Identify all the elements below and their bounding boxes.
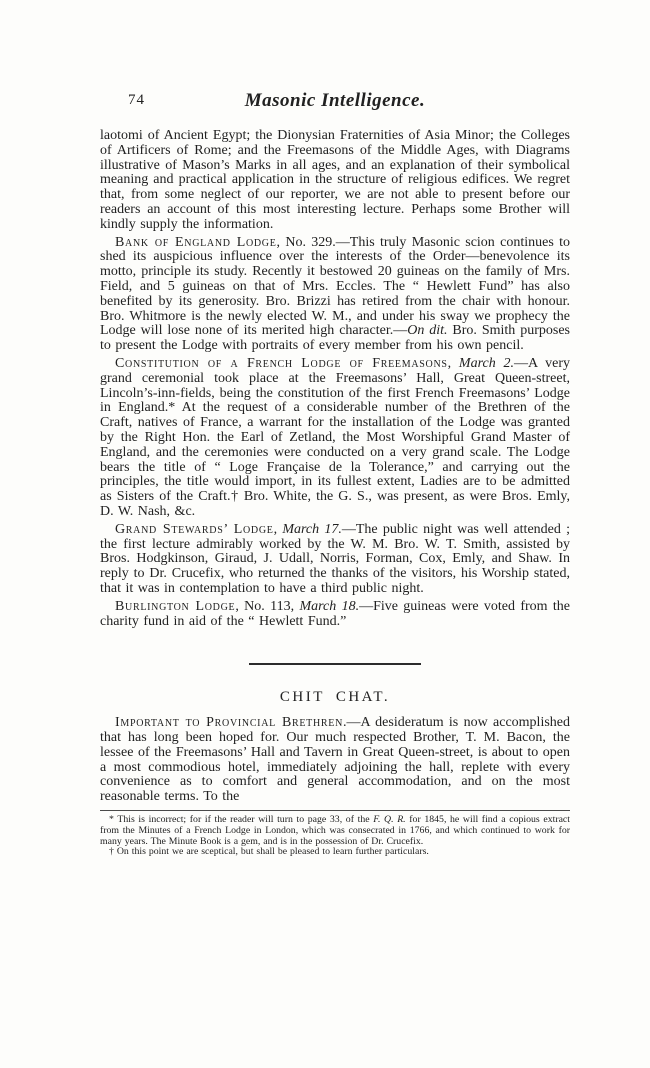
paragraph-french-lodge-constitution: Constitution of a French Lodge of Freema… bbox=[100, 357, 570, 520]
paragraph-burlington-lodge: Burlington Lodge, No. 113, March 18.—Fiv… bbox=[100, 600, 570, 630]
text-segment: * This is incorrect; for if the reader w… bbox=[109, 814, 373, 825]
paragraph-provincial-brethren: Important to Provincial Brethren.—A desi… bbox=[100, 716, 570, 805]
text-segment: laotomi of Ancient Egypt; the Dionysian … bbox=[100, 128, 570, 232]
text-segment: On dit. bbox=[407, 323, 447, 338]
footnote-rule bbox=[100, 810, 570, 811]
text-segment: March 2. bbox=[459, 356, 514, 371]
paragraph-bank-of-england-lodge: Bank of England Lodge, No. 329.—This tru… bbox=[100, 236, 570, 354]
text-segment: , No. 113, bbox=[235, 599, 299, 614]
page-body: laotomi of Ancient Egypt; the Dionysian … bbox=[100, 129, 570, 858]
running-header: 74 Masonic Intelligence. bbox=[100, 90, 570, 114]
chit-chat-heading: CHIT CHAT. bbox=[100, 689, 570, 706]
text-segment: Burlington Lodge bbox=[115, 599, 235, 614]
footnote-dagger: † On this point we are sceptical, but sh… bbox=[100, 847, 570, 858]
running-title: Masonic Intelligence. bbox=[100, 90, 570, 112]
paragraph-lecture-continuation: laotomi of Ancient Egypt; the Dionysian … bbox=[100, 129, 570, 233]
page-number: 74 bbox=[128, 92, 145, 109]
section-divider-rule bbox=[249, 663, 421, 665]
text-segment: March 17. bbox=[282, 522, 342, 537]
text-segment: Important to Provincial Brethren bbox=[115, 715, 343, 730]
text-segment: Grand Stewards’ Lodge bbox=[115, 522, 274, 537]
text-segment: F. Q. R. bbox=[373, 814, 405, 825]
text-segment: Constitution of a French Lodge of Freema… bbox=[115, 356, 448, 371]
text-segment: , bbox=[274, 522, 283, 537]
paragraph-grand-stewards-lodge: Grand Stewards’ Lodge, March 17.—The pub… bbox=[100, 523, 570, 597]
footnote-block: * This is incorrect; for if the reader w… bbox=[100, 810, 570, 858]
text-segment: Bank of England Lodge bbox=[115, 235, 277, 250]
text-segment: —A very grand ceremonial took place at t… bbox=[100, 356, 570, 519]
scanned-book-page: 74 Masonic Intelligence. laotomi of Anci… bbox=[0, 0, 650, 1068]
footnote-asterisk: * This is incorrect; for if the reader w… bbox=[100, 815, 570, 847]
text-segment: † On this point we are sceptical, but sh… bbox=[109, 846, 429, 857]
text-column: 74 Masonic Intelligence. laotomi of Anci… bbox=[100, 0, 570, 858]
text-segment: , bbox=[448, 356, 459, 371]
text-segment: March 18. bbox=[299, 599, 359, 614]
